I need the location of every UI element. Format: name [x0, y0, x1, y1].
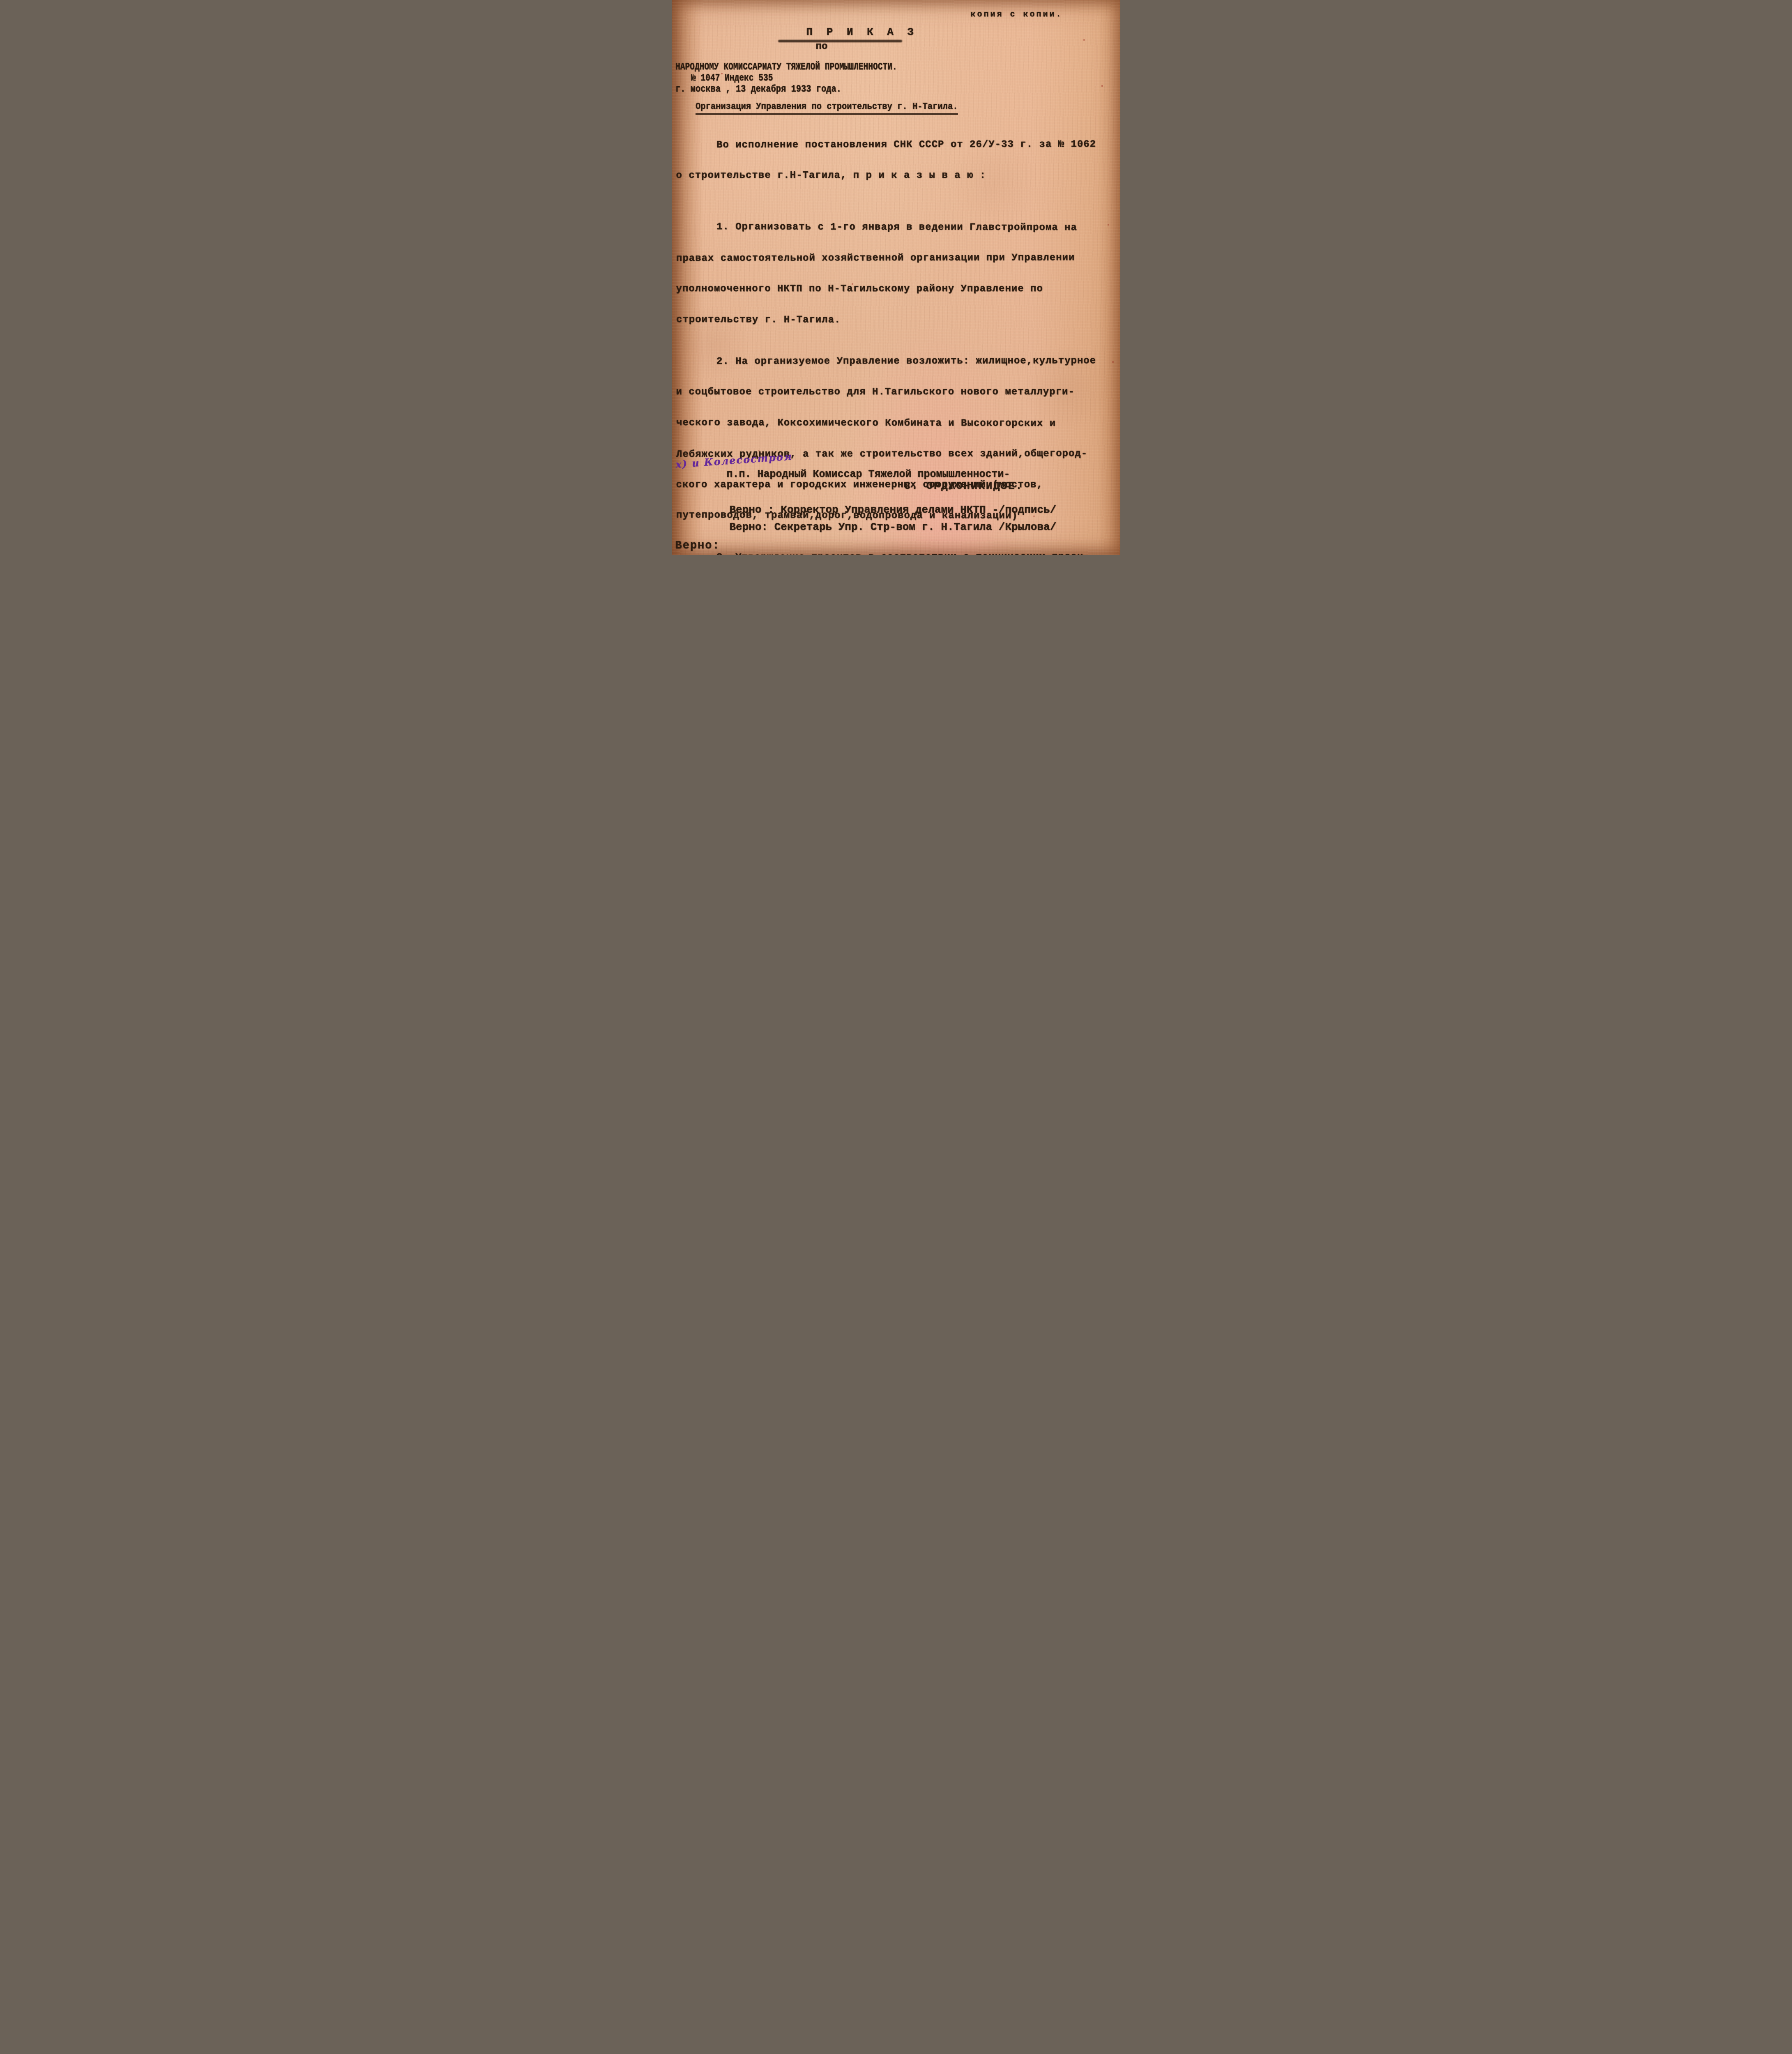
- text-line: ского характера и городских инженерных с…: [676, 480, 1117, 490]
- text-line: 1. Организовать с 1-го января в ведении …: [676, 222, 1117, 233]
- paper-speckles: [672, 0, 673, 1]
- copy-stamp: копия с копии.: [971, 10, 1063, 19]
- text-line-purple-underlined: 3. Утверждение проектов в соответствии с…: [676, 552, 1117, 555]
- order-title-po: по: [816, 41, 828, 52]
- text-line: строительству г. Н-Тагила.: [676, 315, 1117, 326]
- order-body: Во исполнение постановления СНК СССР от …: [676, 119, 1117, 555]
- certification-line-2: Верно: Секретарь Упр. Стр-вом г. Н.Тагил…: [730, 521, 1057, 533]
- title-underline: [778, 40, 902, 42]
- text-line: Во исполнение постановления СНК СССР от …: [676, 139, 1117, 150]
- order-title: П Р И К А З: [806, 26, 918, 38]
- text-line: и соцбытовое строительство для Н.Тагильс…: [676, 387, 1117, 397]
- text-line: правах самостоятельной хозяйственной орг…: [676, 253, 1117, 264]
- addressee-line: НАРОДНОМУ КОМИССАРИАТУ ТЯЖЕЛОЙ ПРОМЫШЛЕН…: [675, 62, 897, 72]
- place-date-line: г. москва , 13 декабря 1933 года.: [675, 84, 841, 95]
- scanned-order-page: копия с копии. П Р И К А З по НАРОДНОМУ …: [672, 0, 1120, 555]
- text-line: ческого завода, Коксохимического Комбина…: [676, 418, 1117, 429]
- certification-line-3: Верно:: [675, 540, 720, 552]
- signature-name: С. ОРДЖОНИКИДЗЕ.: [904, 480, 1023, 492]
- text-line: уполномоченного НКТП по Н-Тагильскому ра…: [676, 284, 1117, 294]
- certification-line-1: Верно : Корректор Управления делами НКТП…: [730, 504, 1057, 516]
- text-line: 2. На организуемое Управление возложить:…: [676, 356, 1117, 367]
- order-number-line: № 1047 Индекс 535: [691, 73, 773, 83]
- purple-underline-text: 3. Утверждение проектов в соответствии с…: [716, 551, 1089, 555]
- subject-line: Организация Управления по строительству …: [696, 101, 958, 115]
- text-line: о строительстве г.Н-Тагила, п р и к а з …: [676, 170, 1117, 181]
- signature-title-line: п.п. Народный Комиссар Тяжелой промышлен…: [727, 468, 1010, 480]
